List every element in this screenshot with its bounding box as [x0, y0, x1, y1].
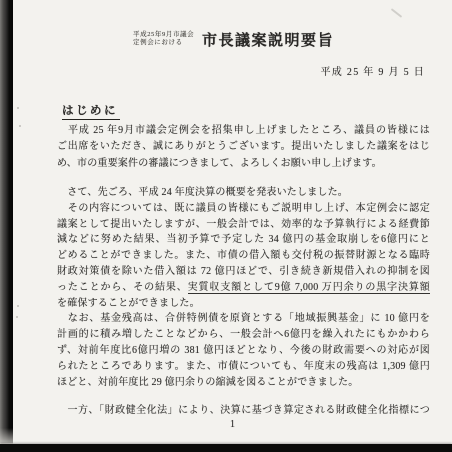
- body-text-line: 一方、「財政健全化法」により、決算に基づき算定される財政健全化指標につ: [57, 403, 430, 419]
- body-text-line: さて、先ごろ、平成 24 年度決算の概要を発表いたしました。: [57, 185, 430, 201]
- session-label: 平成25年9月市議会 定例会における: [133, 31, 194, 47]
- body-text-line: ご出席をいただき、誠にありがとうございます。提出いたしました議案をはじ: [57, 139, 430, 155]
- session-label-line2: 定例会における: [133, 39, 194, 47]
- body-text-line: め、市の重要案件の審議につきまして、よろしくお願い申し上げます。: [57, 156, 430, 172]
- scan-edge-left-fade: [0, 428, 13, 444]
- scan-edge-bottom: [0, 444, 452, 452]
- document-title: 市長議案説明要旨: [202, 29, 334, 50]
- body-text-line: 減などに努めた結果、当初予算で予定した 34 億円の基金取崩しを6億円にと: [57, 232, 430, 248]
- body-text-line: ったことから、その結果、実質収支額として9億 7,000 万円余りの黒字決算額: [57, 280, 430, 296]
- page-number: 1: [13, 419, 452, 430]
- session-label-line1: 平成25年9月市議会: [133, 31, 194, 39]
- underlined-text: 実質収支額として9億 7,000 万円余りの黒字決算額: [188, 282, 430, 295]
- paragraph-fiscal-soundness: 一方、「財政健全化法」により、決算に基づき算定される財政健全化指標につ: [57, 403, 430, 419]
- body-text-line: その内容については、既に議員の皆様にもご説明申し上げ、本定例会に認定: [57, 201, 430, 217]
- scan-speck: [16, 316, 18, 318]
- scanned-document-page: 平成25年9月市議会 定例会における 市長議案説明要旨 平成 25 年 9 月 …: [0, 0, 452, 452]
- scan-speck: [19, 125, 21, 127]
- scan-speck: [17, 305, 19, 307]
- paragraph-settlement: さて、先ごろ、平成 24 年度決算の概要を発表いたしました。 その内容については…: [57, 185, 430, 390]
- scan-smudge: [391, 8, 402, 18]
- paragraph-intro: 平成 25 年9月市議会定例会を招集申し上げましたところ、議員の皆様には ご出席…: [57, 123, 430, 172]
- body-text-line: なお、基金残高は、合併特例債を原資とする「地域振興基金」に 10 億円を: [57, 311, 430, 327]
- body-text-line: 平成 25 年9月市議会定例会を招集申し上げましたところ、議員の皆様には: [57, 123, 430, 139]
- body-text-line: ず、対前年度比6億円増の 381 億円ほどとなり、今後の財政需要への対応が図: [57, 343, 430, 359]
- body-text-line: どめることができました。また、市債の借入額も交付税の振替財源となる臨時: [57, 248, 430, 264]
- body-text-line: られたところであります。また、市債についても、年度末の残高は 1,309 億円: [57, 359, 430, 375]
- section-heading-hajimeni: はじめに: [62, 102, 120, 120]
- body-text-line: を確保することができました。: [57, 296, 430, 312]
- body-text-line: 議案として提出いたしますが、一般会計では、効率的な予算執行による経費節: [57, 217, 430, 233]
- body-text-line: 計画的に積み増したことなどから、一般会計へ6億円を繰入れたにもかかわら: [57, 327, 430, 343]
- body-text: ったことから、その結果、: [57, 282, 188, 293]
- scan-edge-left: [0, 0, 13, 443]
- body-text-line: ほどと、対前年度比 29 億円余りの縮減を図ることができました。: [57, 375, 430, 391]
- scan-speck: [17, 107, 19, 109]
- document-date: 平成 25 年 9 月 5 日: [321, 63, 426, 78]
- body-text-line: 財政対策債を除いた借入額は 72 億円ほどで、引き続き新規借入れの抑制を図: [57, 264, 430, 280]
